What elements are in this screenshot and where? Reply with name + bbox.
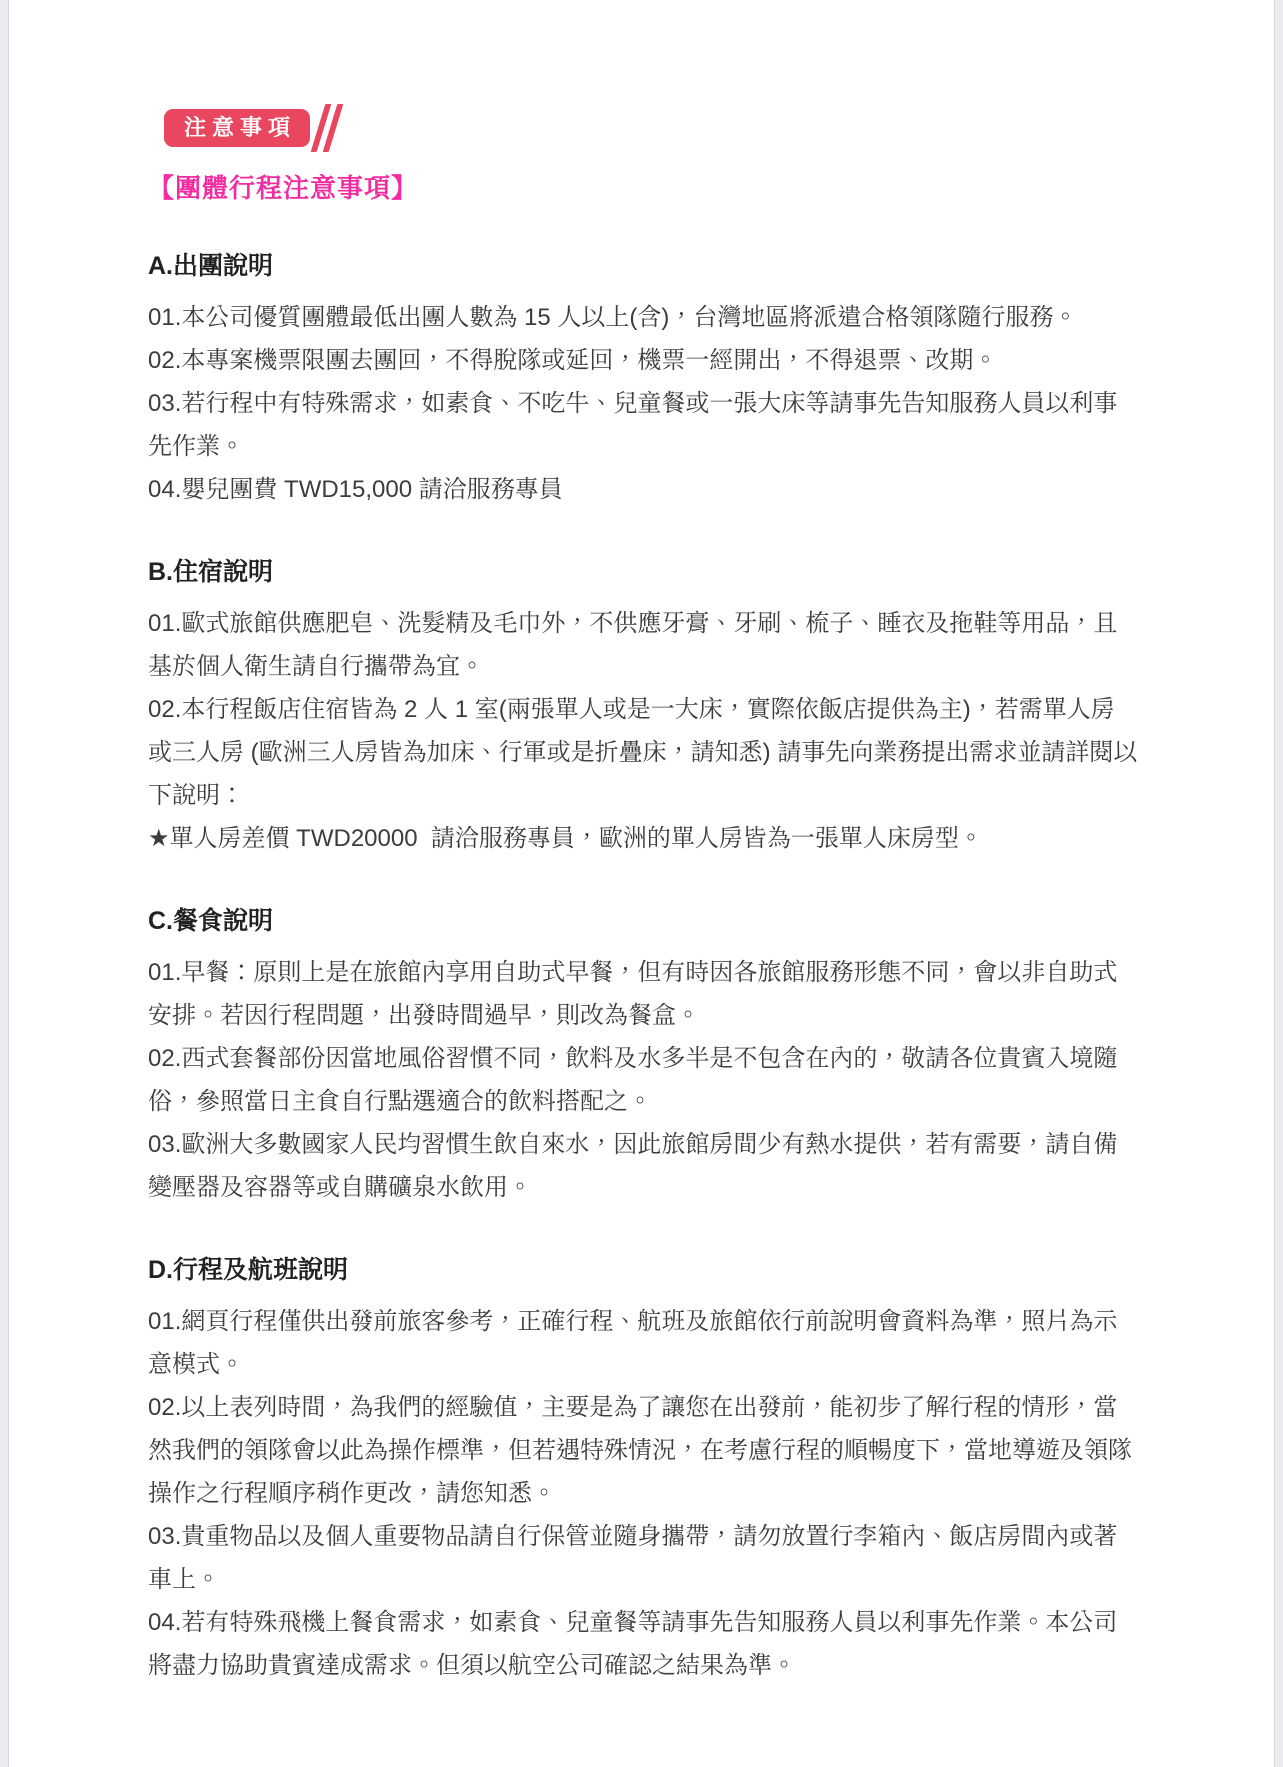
notice-badge-row: 注意事項 — [164, 104, 1138, 152]
notice-item: 03.歐洲大多數國家人民均習慣生飲自來水，因此旅館房間少有熱水提供，若有需要，請… — [148, 1123, 1138, 1209]
notice-document: 注意事項 【團體行程注意事項】 A.出團說明 01.本公司優質團體最低出團人數為… — [148, 0, 1138, 1687]
notice-item: 02.本專案機票限團去團回，不得脫隊或延回，機票一經開出，不得退票、改期。 — [148, 339, 1138, 382]
section-title: D.行程及航班說明 — [148, 1249, 1138, 1292]
notice-item: 04.嬰兒團費 TWD15,000 請洽服務專員 — [148, 468, 1138, 511]
section-meals: C.餐食說明 01.早餐：原則上是在旅館內享用自助式早餐，但有時因各旅館服務形態… — [148, 900, 1138, 1209]
notice-item: 01.歐式旅館供應肥皂、洗髮精及毛巾外，不供應牙膏、牙刷、梳子、睡衣及拖鞋等用品… — [148, 602, 1138, 688]
notice-item: 02.以上表列時間，為我們的經驗值，主要是為了讓您在出發前，能初步了解行程的情形… — [148, 1386, 1138, 1515]
page-edge-right — [1274, 0, 1283, 1767]
page-edge-left — [0, 0, 9, 1767]
section-accommodation: B.住宿說明 01.歐式旅館供應肥皂、洗髮精及毛巾外，不供應牙膏、牙刷、梳子、睡… — [148, 551, 1138, 860]
section-itinerary-flights: D.行程及航班說明 01.網頁行程僅供出發前旅客參考，正確行程、航班及旅館依行前… — [148, 1249, 1138, 1687]
double-slash-icon — [318, 104, 342, 152]
notice-item: 02.本行程飯店住宿皆為 2 人 1 室(兩張單人或是一大床，實際依飯店提供為主… — [148, 688, 1138, 817]
notice-item: 03.貴重物品以及個人重要物品請自行保管並隨身攜帶，請勿放置行李箱內、飯店房間內… — [148, 1515, 1138, 1601]
notice-item: 01.網頁行程僅供出發前旅客參考，正確行程、航班及旅館依行前說明會資料為準，照片… — [148, 1300, 1138, 1386]
notice-item: 01.早餐：原則上是在旅館內享用自助式早餐，但有時因各旅館服務形態不同，會以非自… — [148, 951, 1138, 1037]
section-title: A.出團說明 — [148, 245, 1138, 288]
notice-item: 03.若行程中有特殊需求，如素食、不吃牛、兒童餐或一張大床等請事先告知服務人員以… — [148, 382, 1138, 468]
notice-item: 01.本公司優質團體最低出團人數為 15 人以上(含)，台灣地區將派遣合格領隊隨… — [148, 296, 1138, 339]
notice-item: 02.西式套餐部份因當地風俗習慣不同，飲料及水多半是不包含在內的，敬請各位貴賓入… — [148, 1037, 1138, 1123]
notice-badge: 注意事項 — [164, 109, 310, 147]
page-title: 【團體行程注意事項】 — [148, 168, 1138, 205]
notice-item: 04.若有特殊飛機上餐食需求，如素食、兒童餐等請事先告知服務人員以利事先作業。本… — [148, 1601, 1138, 1687]
section-departure: A.出團說明 01.本公司優質團體最低出團人數為 15 人以上(含)，台灣地區將… — [148, 245, 1138, 511]
section-title: B.住宿說明 — [148, 551, 1138, 594]
notice-item: ★單人房差價 TWD20000 請洽服務專員，歐洲的單人房皆為一張單人床房型。 — [148, 817, 1138, 860]
section-title: C.餐食說明 — [148, 900, 1138, 943]
